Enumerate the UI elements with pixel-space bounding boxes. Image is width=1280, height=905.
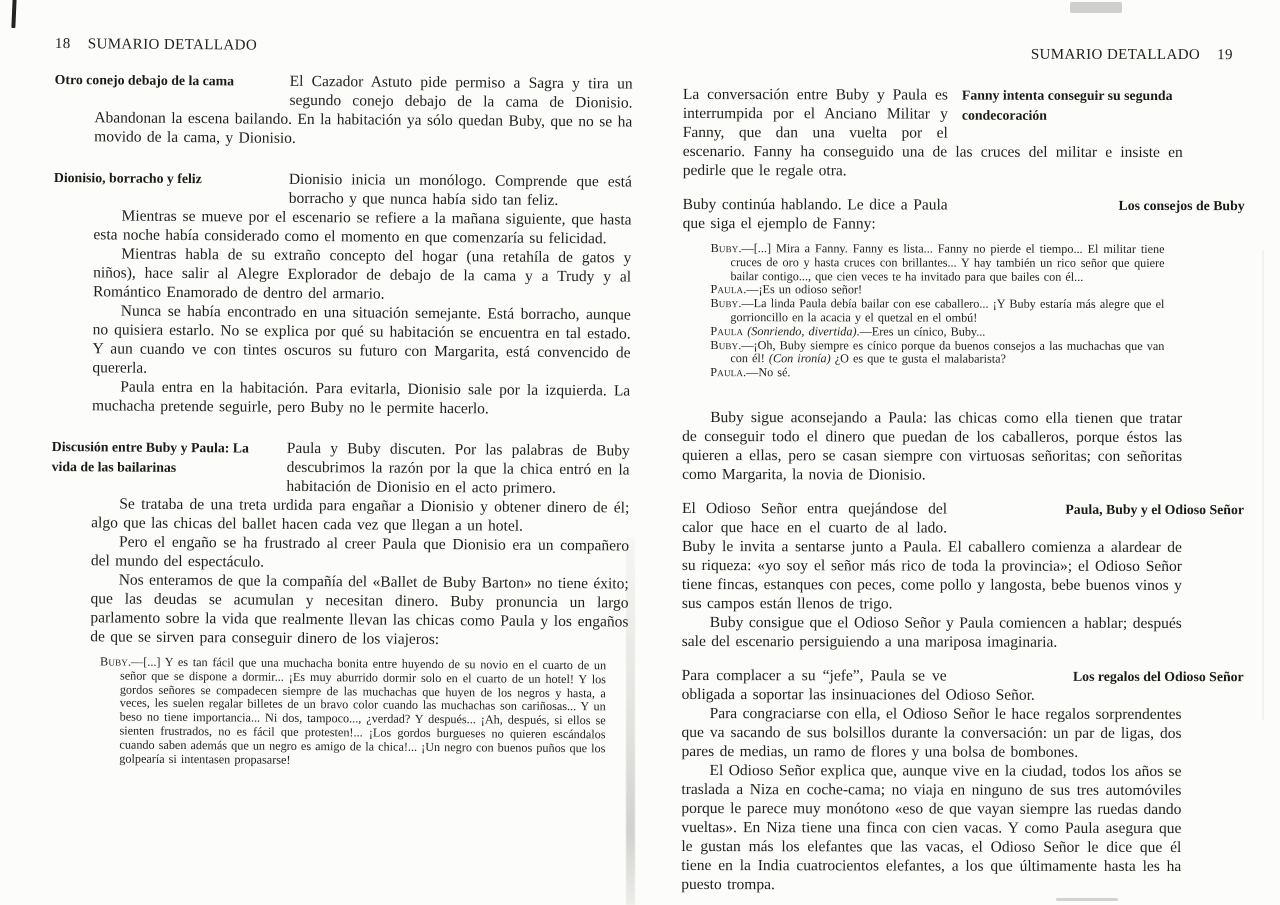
speaker-name: Paula — [710, 365, 743, 379]
running-head-left: 18SUMARIO DETALLADO — [55, 36, 633, 58]
binding-shadow — [626, 538, 635, 905]
book-scan-spread: 18SUMARIO DETALLADO Otro conejo debajo d… — [0, 0, 1280, 905]
section-odioso-senor: Paula, Buby y el Odioso Señor El Odioso … — [682, 499, 1244, 652]
section-otro-conejo: Otro conejo debajo de la cama El Cazador… — [54, 70, 633, 151]
speaker-name: Paula — [710, 324, 743, 338]
speaker-name: Paula — [710, 282, 743, 296]
page-right: SUMARIO DETALLADO19 Fanny intenta conseg… — [681, 46, 1245, 905]
scan-smudge-top-right — [1070, 2, 1122, 13]
running-head-right: SUMARIO DETALLADO19 — [683, 46, 1233, 64]
margin-note: Otro conejo debajo de la cama — [54, 70, 289, 109]
paragraph: Paula entra en la habitación. Para evita… — [92, 377, 630, 419]
running-title: SUMARIO DETALLADO — [88, 36, 257, 53]
margin-note: Fanny intenta conseguir su segunda conde… — [948, 86, 1245, 142]
scan-mark-top-left — [11, 0, 16, 28]
dialogue-block: Buby.—[...] Mira a Fanny. Fanny es lista… — [710, 242, 1164, 381]
section-discusion-buby-paula: Discusión entre Buby y Paula: La vida de… — [49, 437, 630, 774]
paragraph: Mientras habla de su extraño concepto de… — [93, 244, 631, 305]
speech-text: (Sonriendo, divertida).—Eres un cínico, … — [743, 324, 985, 339]
paragraph: Nunca se había encontrado en una situaci… — [92, 301, 631, 381]
speaker-name: Buby — [711, 241, 739, 255]
speech-text: .—¡Es un odioso señor! — [743, 283, 862, 297]
speech-text: .—[...] Mira a Fanny. Fanny es lista... … — [731, 241, 1165, 283]
page-number: 18 — [55, 36, 71, 52]
section-regalos-odioso-senor: Los regalos del Odioso Señor Para compla… — [681, 666, 1243, 895]
paragraph: Pero el engaño se ha frustrado al creer … — [91, 532, 629, 574]
section-buby-sigue-aconsejando: Buby sigue aconsejando a Paula: las chic… — [682, 408, 1244, 485]
dialogue-block: Buby.—[...] Y es tan fácil que una mucha… — [99, 655, 606, 769]
page-left: 18SUMARIO DETALLADO Otro conejo debajo d… — [49, 36, 633, 796]
margin-note: Paula, Buby y el Odioso Señor — [947, 500, 1244, 537]
paragraph: El Odioso Señor explica que, aunque vive… — [681, 761, 1181, 895]
speech: Buby.—La linda Paula debía bailar con es… — [710, 297, 1164, 326]
section-dionisio-borracho: Dionisio, borracho y feliz Dionisio inic… — [52, 168, 632, 420]
speech: Buby.—[...] Mira a Fanny. Fanny es lista… — [711, 242, 1165, 284]
paragraph: Se trataba de una treta urdida para enga… — [91, 494, 629, 536]
speech-text: .—¡Oh, Buby siempre es cínico porque da … — [730, 338, 1164, 366]
page-number: 19 — [1217, 47, 1233, 63]
speech: Buby.—¡Oh, Buby siempre es cínico porque… — [710, 339, 1164, 368]
running-title: SUMARIO DETALLADO — [1031, 47, 1200, 63]
scan-smudge-bottom — [1056, 898, 1118, 901]
speaker-name: Buby — [710, 296, 738, 310]
paragraph: Buby sigue aconsejando a Paula: las chic… — [682, 408, 1182, 485]
section-consejos-de-buby: Los consejos de Buby Buby continúa habla… — [682, 195, 1244, 394]
scan-edge-line — [1262, 250, 1264, 720]
speech-text: .—No sé. — [743, 365, 790, 379]
paragraph: Para congraciarse con ella, el Odioso Se… — [682, 704, 1182, 762]
speaker-name: Buby — [100, 654, 128, 668]
speech-text: .—La linda Paula debía bailar con ese ca… — [730, 296, 1164, 324]
margin-note: Los regalos del Odioso Señor — [947, 667, 1244, 687]
paragraph: Buby consigue que el Odioso Señor y Paul… — [682, 613, 1182, 652]
speech: Paula.—No sé. — [710, 366, 1164, 381]
section-fanny-condecoracion: Fanny intenta conseguir su segunda conde… — [683, 85, 1245, 181]
margin-note: Discusión entre Buby y Paula: La vida de… — [51, 437, 286, 496]
paragraph: Mientras se mueve por el escenario se re… — [93, 206, 631, 248]
speech: Buby.—[...] Y es tan fácil que una mucha… — [99, 655, 606, 769]
margin-note: Los consejos de Buby — [948, 196, 1245, 216]
speaker-name: Buby — [710, 338, 738, 352]
speech-text: .—[...] Y es tan fácil que una muchacha … — [119, 655, 606, 767]
margin-note: Dionisio, borracho y feliz — [54, 168, 289, 207]
paragraph: Nos enteramos de que la compañía del «Ba… — [90, 570, 629, 650]
